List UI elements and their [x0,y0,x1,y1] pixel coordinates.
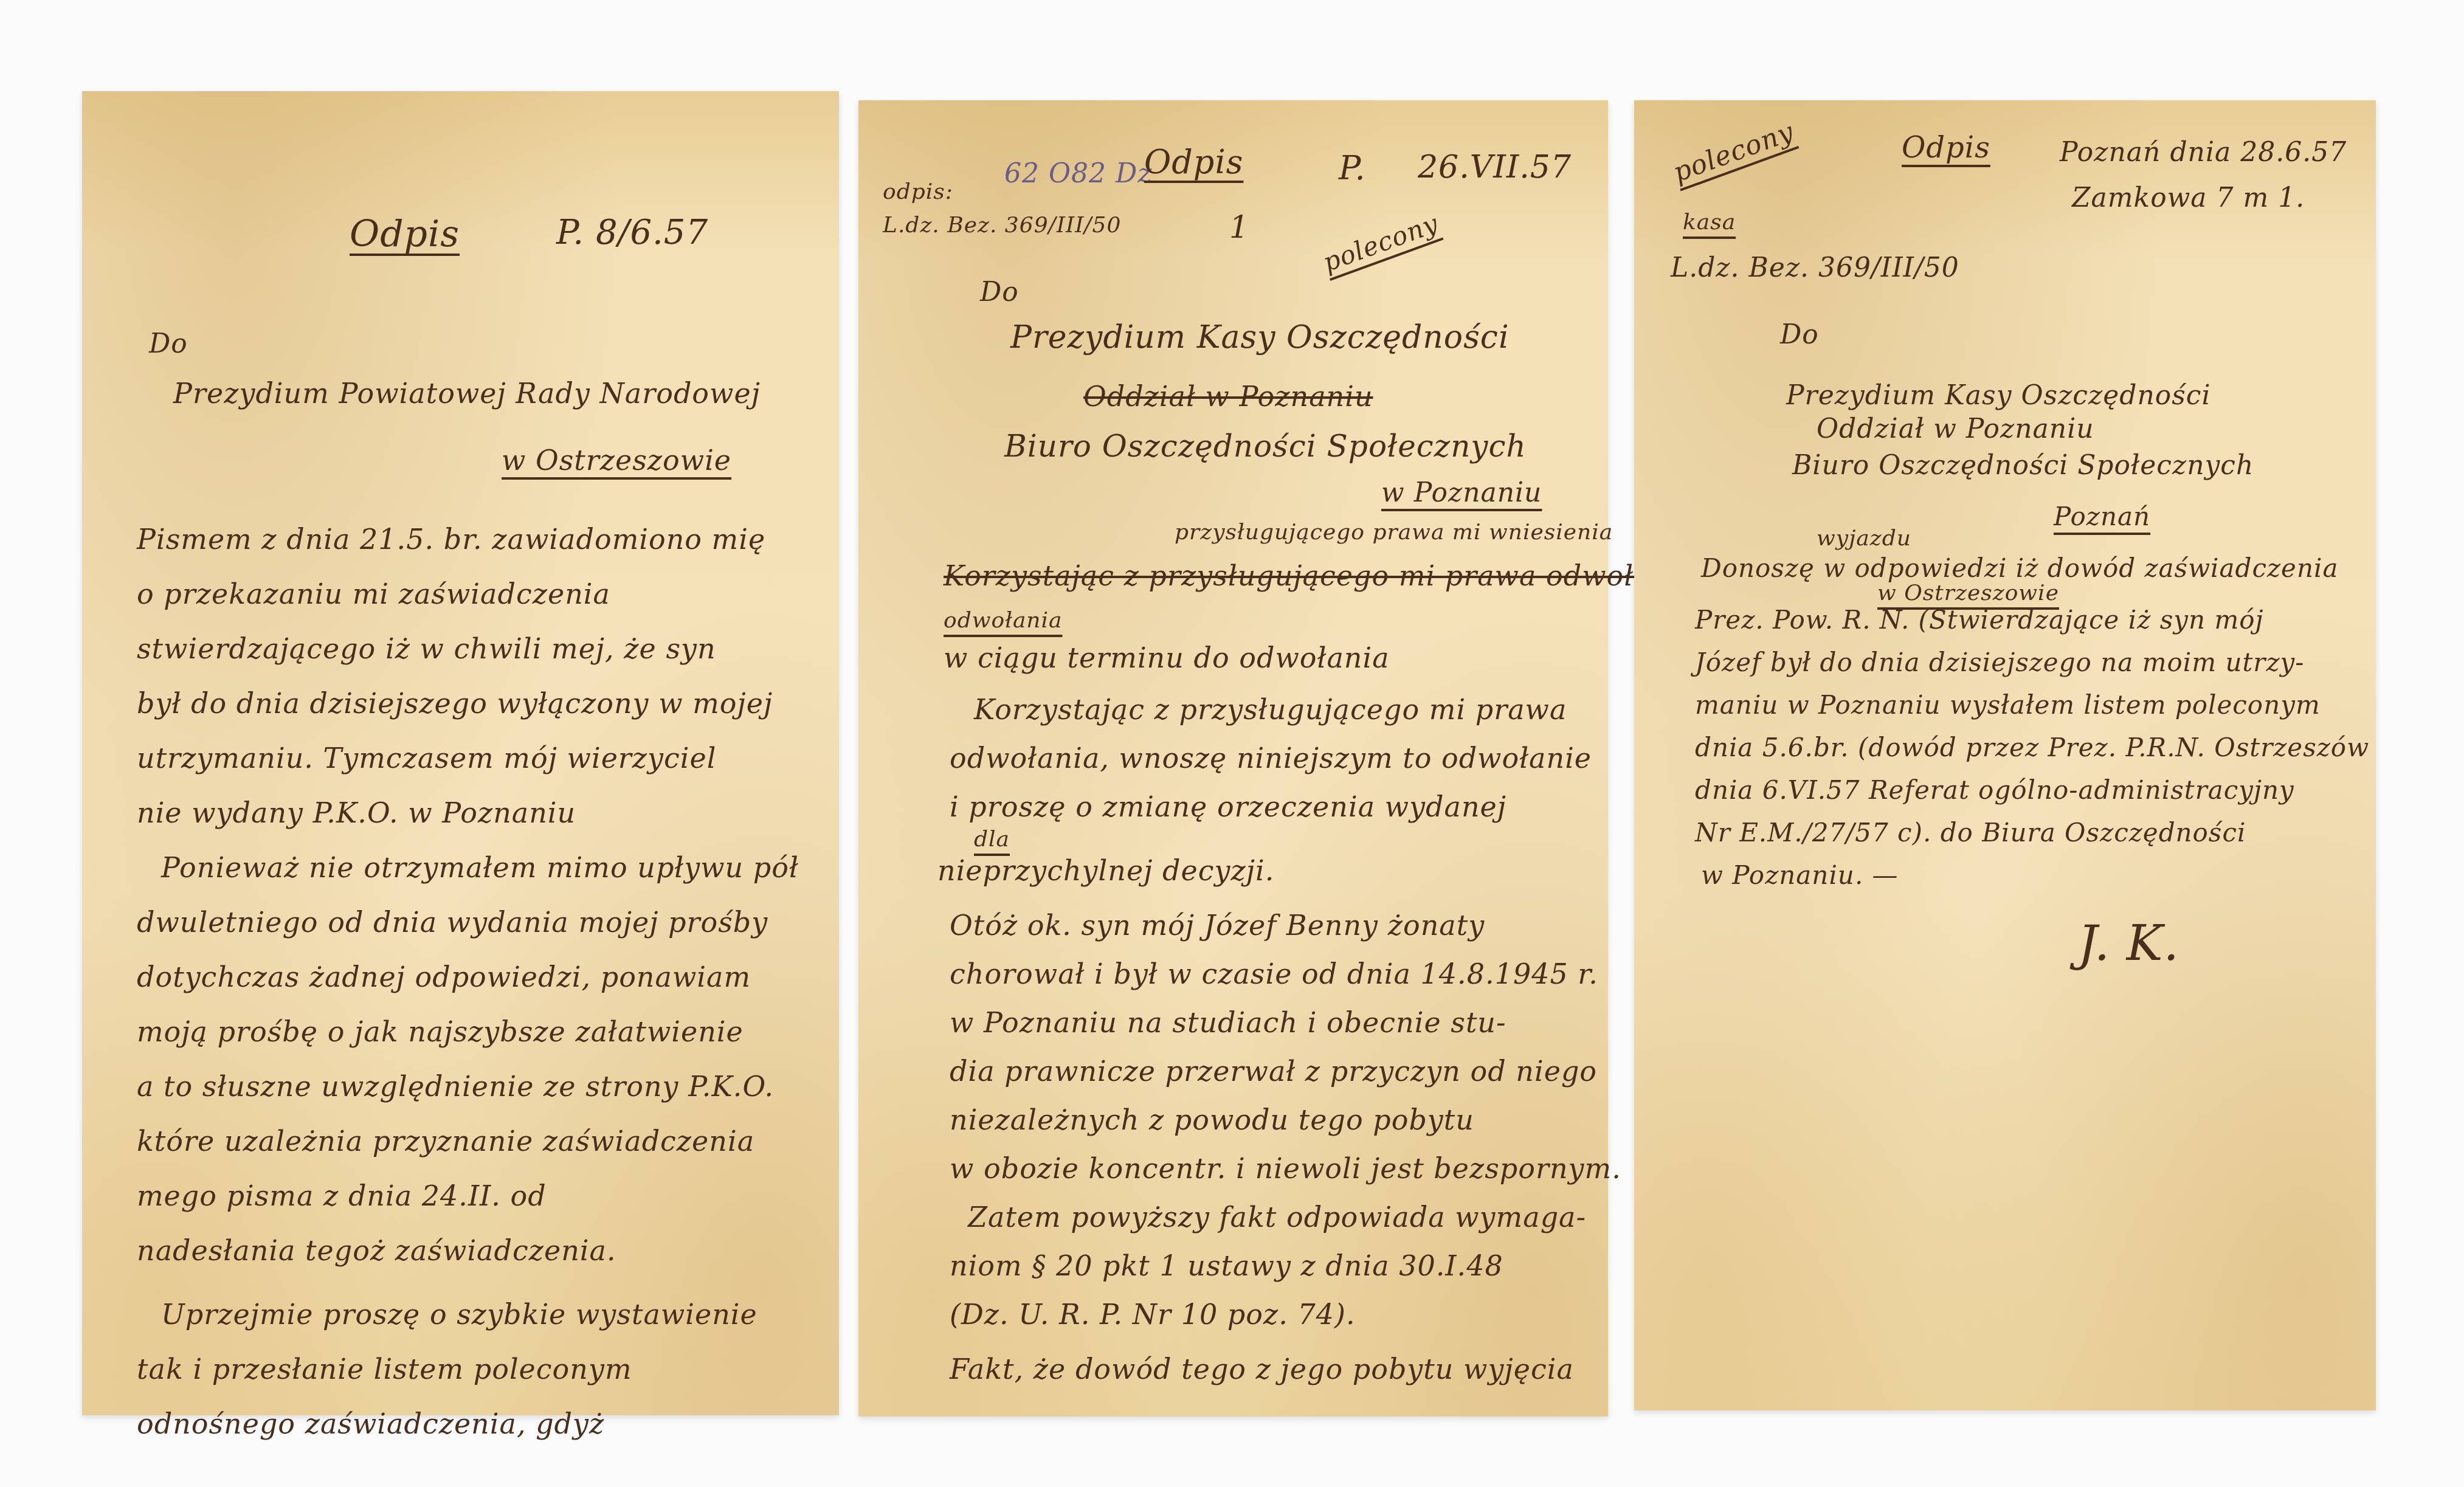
registered-mark: polecony [1319,209,1443,278]
body-line: Zatem powyższy fakt odpowiada wymaga- [968,1201,1586,1233]
body-line: i proszę o zmianę orzeczenia wydanej [950,790,1506,823]
sheet-prefix: P. [1339,149,1366,187]
interlinear-note: w Ostrzeszowie [1877,581,2059,605]
body-line: Korzystając z przysługującego mi prawa [974,693,1567,726]
reference-number: L.dz. Bez. 369/III/50 [1671,252,1959,283]
body-line: Otóż ok. syn mój Józef Benny żonaty [950,909,1485,942]
interlinear-note: przysługującego prawa mi wniesienia [1175,520,1613,545]
body-line: Fakt, że dowód tego z jego pobytu wyjęci… [950,1353,1574,1385]
document-sheet-2: 62 O82 Dz Odpis P. 26.VII.57 odpis: L.dz… [858,100,1608,1416]
body-line: nadesłania tegoż zaświadczenia. [137,1234,616,1267]
body-line: utrzymaniu. Tymczasem mój wierzyciel [137,742,716,775]
margin-mark: 1 [1229,210,1249,245]
addressee-line: w Poznaniu [1381,477,1542,508]
addressee-line: Prezydium Powiatowej Rady Narodowej [173,377,761,410]
ref-label: odpis: [883,179,953,204]
body-line: Józef był do dnia dzisiejszego na moim u… [1695,647,2304,677]
body-line: o przekazaniu mi zaświadczenia [137,578,610,610]
body-line: Uprzejmie proszę o szybkie wystawienie [161,1298,757,1331]
margin-mark: kasa [1683,210,1736,235]
interlinear-note: wyjazdu [1817,526,1911,551]
body-line: nieprzychylnej decyzji. [937,854,1274,887]
body-line: dla [974,827,1010,852]
body-line: dotychczas żadnej odpowiedzi, ponawiam [137,961,751,993]
body-line: niezależnych z powodu tego pobytu [950,1103,1474,1136]
body-line: dwuletniego od dnia wydania mojej prośby [137,906,768,939]
addressee-line: Biuro Oszczędności Społecznych [1792,450,2254,481]
body-line: dia prawnicze przerwał z przyczyn od nie… [950,1055,1597,1088]
body-line: w ciągu terminu do odwołania [944,641,1390,674]
place-date: Poznań dnia 28.6.57 [2060,137,2347,168]
body-line: Nr E.M./27/57 c). do Biura Oszczędności [1695,818,2246,847]
body-line: Ponieważ nie otrzymałem mimo upływu pół [161,851,799,884]
body-line: Donoszę w odpowiedzi iż dowód zaświadcze… [1701,553,2338,583]
body-line: tak i przesłanie listem poleconym [137,1353,632,1385]
stamp-mark: 62 O82 Dz [1004,158,1152,189]
sheet-date: P. 8/6.57 [556,213,708,252]
body-line: (Dz. U. R. P. Nr 10 poz. 74). [950,1298,1356,1331]
sheet-title: Odpis [1902,131,1990,165]
body-line: które uzależnia przyznanie zaświadczenia [137,1125,754,1158]
body-line: dnia 5.6.br. (dowód przez Prez. P.R.N. O… [1695,733,2369,762]
body-line: chorował i był w czasie od dnia 14.8.194… [950,957,1598,990]
body-line-struck: Korzystając z przysługującego mi prawa o… [944,559,1696,592]
body-line: stwierdzającego iż w chwili mej, że syn [137,632,716,665]
body-line: niom § 20 pkt 1 ustawy z dnia 30.I.48 [950,1249,1503,1282]
body-line: Pismem z dnia 21.5. br. zawiadomiono mię [137,523,765,556]
salutation: Do [149,328,188,359]
addressee-line: Oddział w Poznaniu [1817,413,2094,444]
body-line: dnia 6.VI.57 Referat ogólno-administracy… [1695,775,2294,805]
sheet-title: Odpis [1144,143,1243,181]
sender-address: Zamkowa 7 m 1. [2072,182,2305,213]
addressee-line: Poznań [2054,502,2150,531]
addressee-line: Prezydium Kasy Oszczędności [1786,380,2211,411]
signature: J. K. [2078,915,2179,971]
document-sheet-1: Odpis P. 8/6.57 Do Prezydium Powiatowej … [82,91,839,1415]
body-line: odwołania [944,608,1063,633]
reference-number: L.dz. Bez. 369/III/50 [883,213,1121,238]
addressee-line-struck: Oddział w Poznaniu [1083,380,1373,413]
body-line: w Poznaniu. — [1701,860,1899,890]
body-line: nie wydany P.K.O. w Poznaniu [137,796,576,829]
salutation: Do [1780,319,1819,350]
body-line: Prez. Pow. R. N. (Stwierdzające iż syn m… [1695,605,2264,635]
body-line: moją prośbę o jak najszybsze załatwienie [137,1015,744,1048]
salutation: Do [980,277,1019,308]
body-line: był do dnia dzisiejszego wyłączony w moj… [137,687,773,720]
addressee-line: w Ostrzeszowie [502,444,731,477]
body-line: maniu w Poznaniu wysłałem listem polecon… [1695,690,2321,720]
addressee-line: Biuro Oszczędności Społecznych [1004,429,1527,464]
addressee-line: Prezydium Kasy Oszczędności [1010,319,1510,356]
document-sheet-3: polecony Odpis Poznań dnia 28.6.57 Zamko… [1634,100,2376,1410]
body-line: mego pisma z dnia 24.II. od [137,1179,547,1212]
body-line: odnośnego zaświadczenia, gdyż [137,1407,604,1440]
body-line: odwołania, wnoszę niniejszym to odwołani… [950,742,1592,775]
sheet-date: 26.VII.57 [1418,149,1572,185]
sheet-title: Odpis [350,213,460,255]
body-line: w Poznaniu na studiach i obecnie stu- [950,1006,1506,1039]
registered-mark: polecony [1669,116,1798,188]
body-line: w obozie koncentr. i niewoli jest bezspo… [950,1152,1621,1185]
body-line: a to słuszne uwzględnienie ze strony P.K… [137,1070,774,1103]
